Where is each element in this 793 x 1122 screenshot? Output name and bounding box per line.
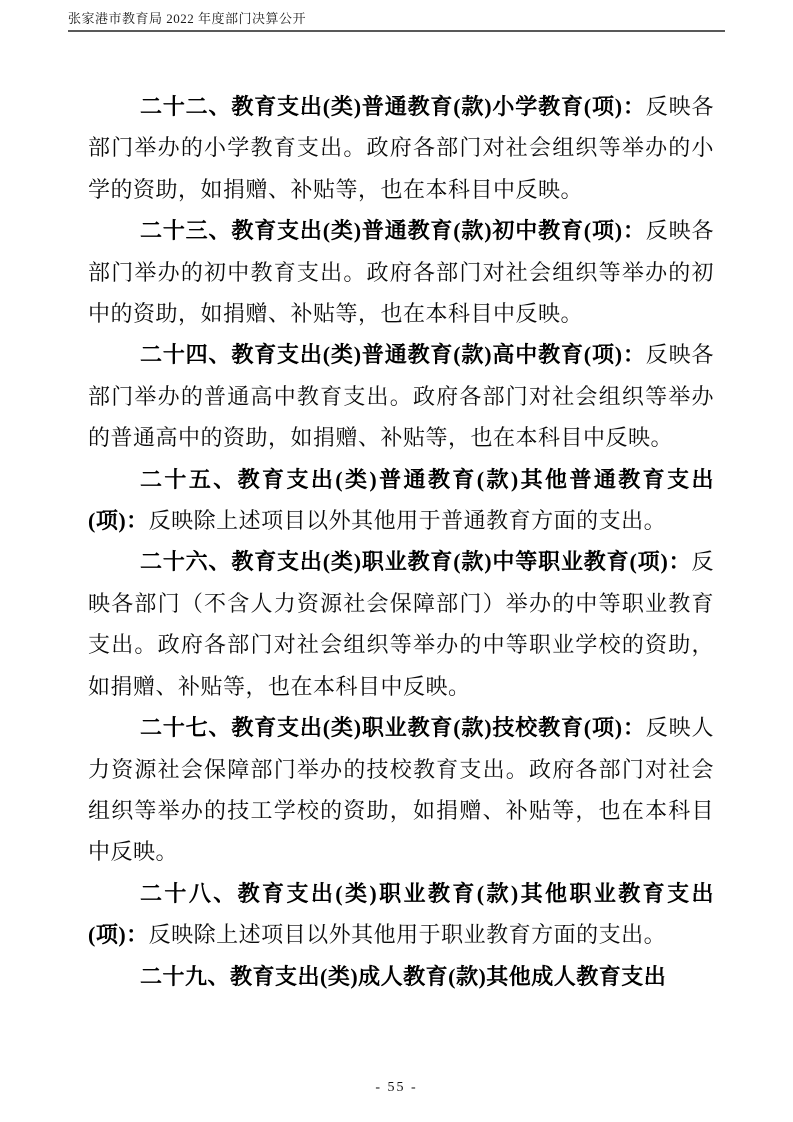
paragraph-item-27: 二十七、教育支出(类)职业教育(款)技校教育(项)：反映人力资源社会保障部门举办… [88, 707, 714, 873]
paragraph-heading: 二十三、教育支出(类)普通教育(款)初中教育(项)： [140, 218, 646, 243]
paragraph-item-26: 二十六、教育支出(类)职业教育(款)中等职业教育(项)：反映各部门（不含人力资源… [88, 541, 714, 707]
page-number: - 55 - [0, 1080, 793, 1096]
header-divider [68, 30, 725, 32]
paragraph-text: 反映除上述项目以外其他用于普通教育方面的支出。 [149, 508, 667, 533]
paragraph-heading: 二十六、教育支出(类)职业教育(款)中等职业教育(项)： [140, 549, 691, 574]
paragraph-item-24: 二十四、教育支出(类)普通教育(款)高中教育(项)：反映各部门举办的普通高中教育… [88, 334, 714, 458]
document-page: 张家港市教育局 2022 年度部门决算公开 二十二、教育支出(类)普通教育(款)… [0, 0, 793, 1122]
paragraph-item-23: 二十三、教育支出(类)普通教育(款)初中教育(项)：反映各部门举办的初中教育支出… [88, 210, 714, 334]
paragraph-heading: 二十二、教育支出(类)普通教育(款)小学教育(项)： [140, 94, 646, 119]
paragraph-item-29: 二十九、教育支出(类)成人教育(款)其他成人教育支出 [88, 956, 714, 997]
paragraph-heading: 二十四、教育支出(类)普通教育(款)高中教育(项)： [140, 342, 646, 367]
paragraph-item-28: 二十八、教育支出(类)职业教育(款)其他职业教育支出(项)：反映除上述项目以外其… [88, 873, 714, 956]
paragraph-item-22: 二十二、教育支出(类)普通教育(款)小学教育(项)：反映各部门举办的小学教育支出… [88, 86, 714, 210]
paragraph-item-25: 二十五、教育支出(类)普通教育(款)其他普通教育支出(项)：反映除上述项目以外其… [88, 459, 714, 542]
page-header: 张家港市教育局 2022 年度部门决算公开 [68, 10, 725, 32]
header-title: 张家港市教育局 2022 年度部门决算公开 [68, 10, 725, 28]
paragraph-heading: 二十九、教育支出(类)成人教育(款)其他成人教育支出 [140, 964, 666, 989]
document-body: 二十二、教育支出(类)普通教育(款)小学教育(项)：反映各部门举办的小学教育支出… [88, 86, 714, 997]
paragraph-heading: 二十七、教育支出(类)职业教育(款)技校教育(项)： [140, 715, 646, 740]
paragraph-text: 反映除上述项目以外其他用于职业教育方面的支出。 [149, 922, 667, 947]
